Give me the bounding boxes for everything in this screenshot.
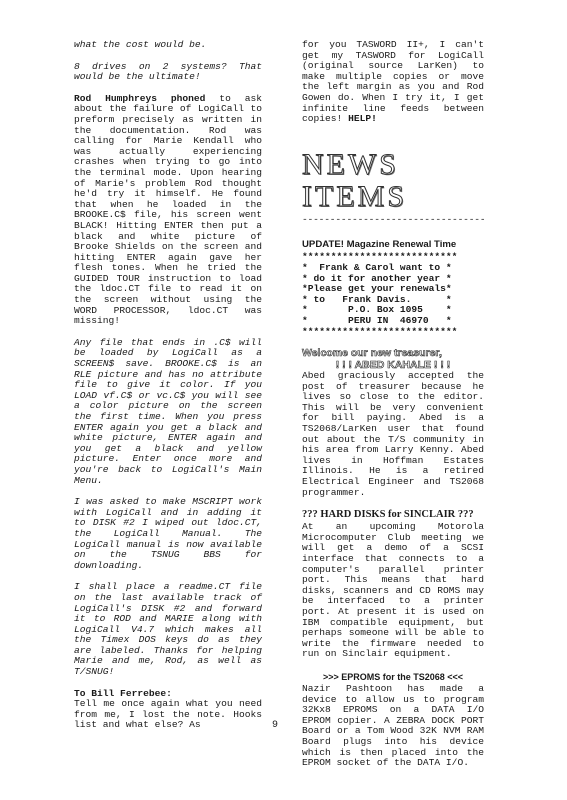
page-number: 9 <box>272 720 278 731</box>
left-column: what the cost would be. 8 drives on 2 sy… <box>74 40 262 742</box>
paragraph-hard-disks: At an upcoming Motorola Microcomputer Cl… <box>302 522 484 660</box>
paragraph-eproms: Nazir Pashtoon has made a device to allo… <box>302 684 484 769</box>
box-line: * Frank & Carol want to * <box>302 263 484 274</box>
paragraph-body: for you TASWORD II+, I can't get my TASW… <box>302 39 484 124</box>
help-emphasis: HELP! <box>348 113 377 124</box>
paragraph-tasword: for you TASWORD II+, I can't get my TASW… <box>302 40 484 125</box>
news-items-title: NEWS ITEMS <box>302 149 484 213</box>
paragraph-cost: what the cost would be. <box>74 40 262 51</box>
paragraph-bill-ferrebee: Tell me once again what you need from me… <box>74 699 262 731</box>
right-column: for you TASWORD II+, I can't get my TASW… <box>302 40 484 780</box>
hard-disks-heading: ??? HARD DISKS for SINCLAIR ??? <box>302 509 484 521</box>
treasurer-heading: Welcome our new treasurer, <box>302 347 484 359</box>
renewal-heading: UPDATE! Magazine Renewal Time <box>302 239 484 251</box>
paragraph-rod-humphreys: Rod Humphreys phoned to ask about the fa… <box>74 94 262 327</box>
paragraph-lead: Rod Humphreys phoned <box>74 93 205 104</box>
dashed-divider: ---------------------------------- <box>302 215 484 226</box>
renewal-box: *************************** * Frank & Ca… <box>302 252 484 337</box>
box-line: *************************** <box>302 327 484 338</box>
box-line: * PERU IN 46970 * <box>302 316 484 327</box>
paragraph-c-files: Any file that ends in .C$ will be loaded… <box>74 338 262 486</box>
paragraph-mscript: I was asked to make MSCRIPT work with Lo… <box>74 497 262 571</box>
paragraph-body: to ask about the failure of LogiCall to … <box>74 93 262 326</box>
paragraph-treasurer: Abed graciously accepted the post of tre… <box>302 371 484 498</box>
paragraph-readme: I shall place a readme.CT file on the la… <box>74 582 262 677</box>
paragraph-drives: 8 drives on 2 systems? That would be the… <box>74 62 262 83</box>
eproms-heading: >>> EPROMS for the TS2068 <<< <box>302 671 484 683</box>
